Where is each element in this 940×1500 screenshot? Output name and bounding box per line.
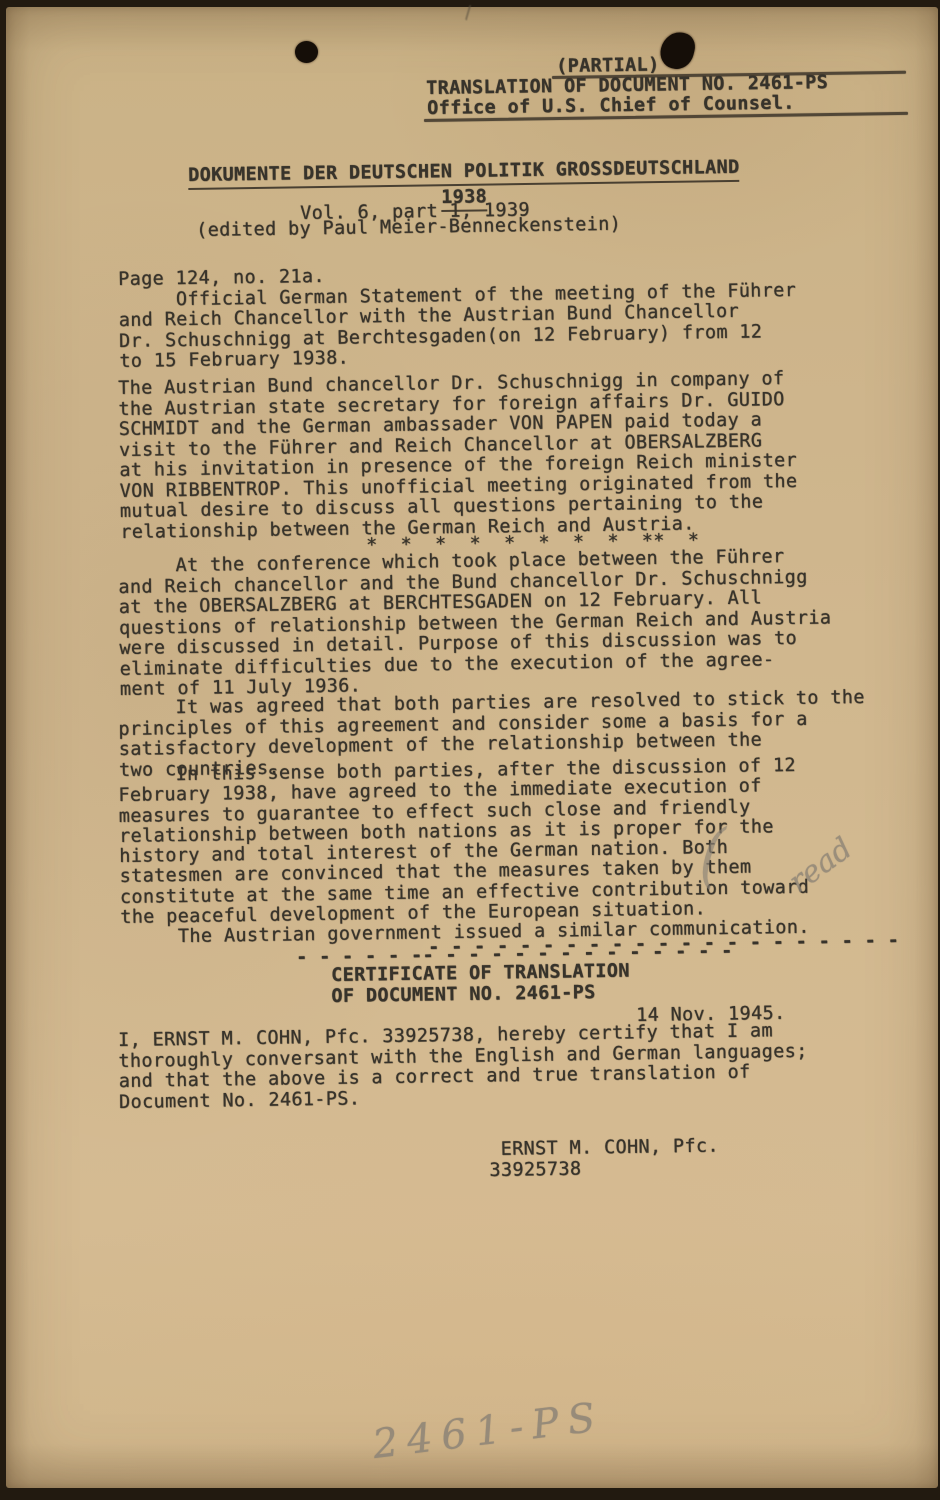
paragraph-conference: At the conference which took place betwe… — [118, 546, 832, 700]
scanned-document-page: (PARTIAL) TRANSLATION OF DOCUMENT NO. 24… — [0, 0, 940, 1500]
certificate-signature: ERNST M. COHN, Pfc. 33925738 — [489, 1137, 719, 1181]
certificate-statement: I, ERNST M. COHN, Pfc. 33925738, hereby … — [118, 1021, 808, 1113]
paragraph-statement: The Austrian Bund chancellor Dr. Schusch… — [118, 369, 798, 543]
punch-hole-left — [295, 41, 318, 63]
paragraph-page-ref: Page 124, no. 21a. Official German State… — [118, 260, 797, 373]
certificate-heading: CERTIFICATE OF TRANSLATION OF DOCUMENT N… — [331, 962, 630, 1007]
